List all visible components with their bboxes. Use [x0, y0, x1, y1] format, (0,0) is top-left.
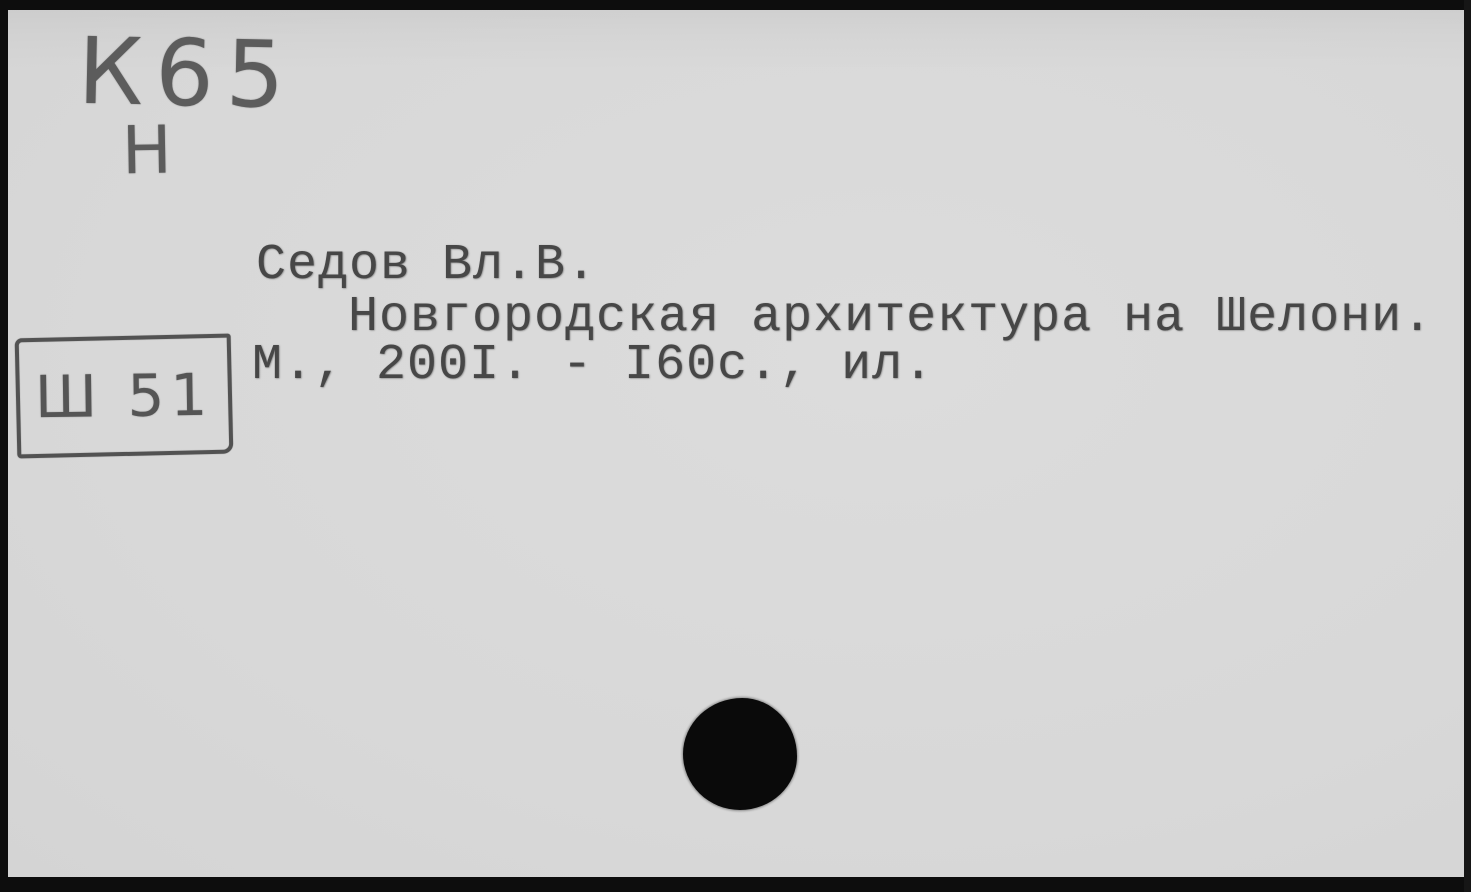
handwritten-class-code: К65	[77, 26, 297, 123]
author-line: Седов Вл.В.	[256, 241, 597, 291]
scan-edge-bottom	[0, 877, 1471, 892]
scan-edge-right	[1464, 0, 1471, 892]
title-line: Новгородская архитектура на Шелони.	[348, 293, 1433, 343]
hole-punch-dot	[683, 698, 797, 810]
shelf-mark-box: Ш 51	[15, 334, 234, 459]
scan-edge-left	[0, 0, 8, 892]
handwritten-letter: Н	[121, 118, 172, 185]
shelf-mark-label: Ш 51	[34, 361, 213, 431]
catalog-card: К65 Н Ш 51 Седов Вл.В. Новгородская архи…	[0, 0, 1471, 892]
scan-edge-top	[0, 0, 1471, 10]
imprint-line: М., 200I. - I60с., ил.	[252, 341, 934, 391]
